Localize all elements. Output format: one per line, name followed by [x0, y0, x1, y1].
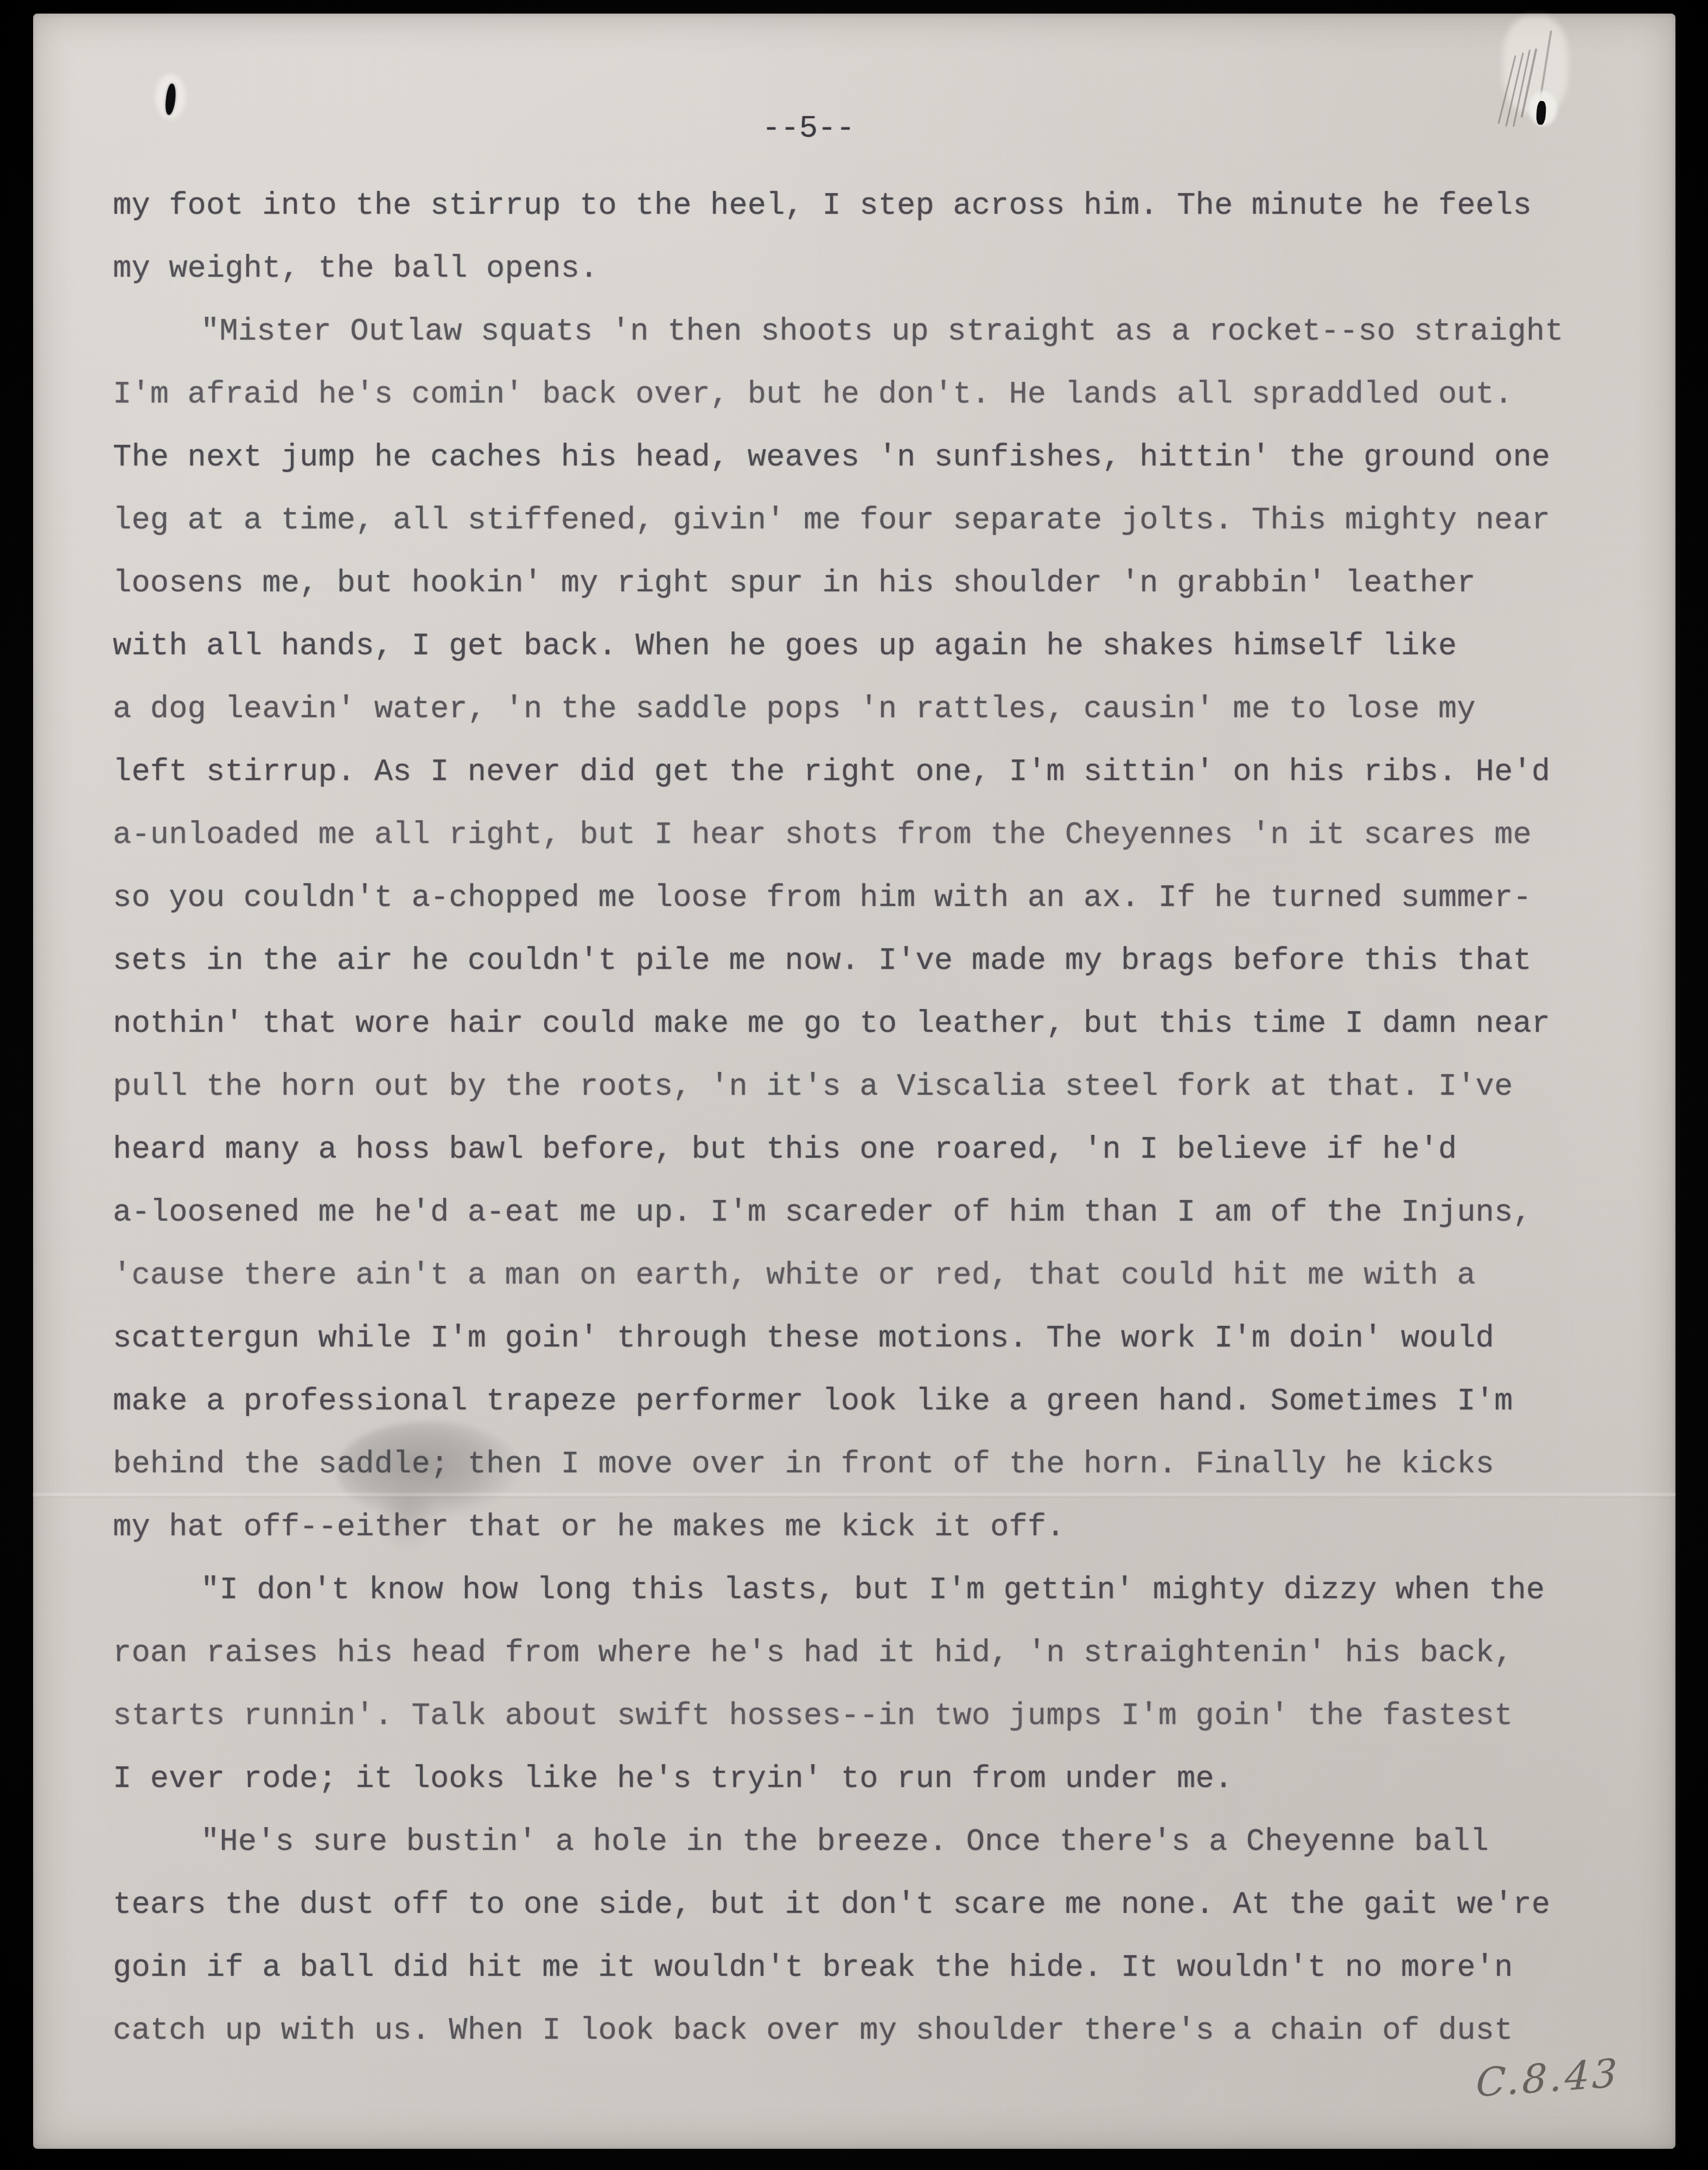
typed-line: sets in the air he couldn't pile me now.… — [113, 930, 1589, 993]
typed-line: my foot into the stirrup to the heel, I … — [113, 175, 1589, 238]
typed-text-block: my foot into the stirrup to the heel, I … — [113, 175, 1589, 2063]
typed-line: "Mister Outlaw squats 'n then shoots up … — [113, 301, 1589, 363]
typed-line: my weight, the ball opens. — [113, 238, 1589, 301]
typed-line: starts runnin'. Talk about swift hosses-… — [113, 1685, 1589, 1748]
typed-line: a dog leavin' water, 'n the saddle pops … — [113, 678, 1589, 741]
typed-line: a-loosened me he'd a-eat me up. I'm scar… — [113, 1182, 1589, 1244]
typed-line: goin if a ball did hit me it wouldn't br… — [113, 1937, 1589, 2000]
page-number: --5-- — [722, 98, 895, 161]
typed-line: left stirrup. As I never did get the rig… — [113, 741, 1589, 804]
pencil-scribble-marks — [1487, 22, 1584, 136]
typed-line: I'm afraid he's comin' back over, but he… — [113, 363, 1589, 426]
typed-line: nothin' that wore hair could make me go … — [113, 993, 1589, 1056]
crease-line — [33, 1492, 1675, 1498]
typed-line: pull the horn out by the roots, 'n it's … — [113, 1056, 1589, 1119]
scan-background: --5-- my foot into the stirrup to the he… — [0, 0, 1708, 2170]
typed-line: leg at a time, all stiffened, givin' me … — [113, 489, 1589, 552]
typed-line: "I don't know how long this lasts, but I… — [113, 1559, 1589, 1622]
typed-line: The next jump he caches his head, weaves… — [113, 426, 1589, 489]
typed-line: roan raises his head from where he's had… — [113, 1622, 1589, 1685]
ink-smudge — [336, 1421, 521, 1519]
typed-line: "He's sure bustin' a hole in the breeze.… — [113, 1811, 1589, 1874]
typed-line: heard many a hoss bawl before, but this … — [113, 1119, 1589, 1182]
typed-line: make a professional trapeze performer lo… — [113, 1370, 1589, 1433]
typed-line: I ever rode; it looks like he's tryin' t… — [113, 1748, 1589, 1811]
typed-line: behind the saddle; then I move over in f… — [113, 1433, 1589, 1496]
typed-line: scattergun while I'm goin' through these… — [113, 1307, 1589, 1370]
typed-line: catch up with us. When I look back over … — [113, 2000, 1589, 2063]
typed-line: tears the dust off to one side, but it d… — [113, 1874, 1589, 1937]
typed-line: a-unloaded me all right, but I hear shot… — [113, 804, 1589, 867]
typed-line: loosens me, but hookin' my right spur in… — [113, 552, 1589, 615]
typed-line: with all hands, I get back. When he goes… — [113, 615, 1589, 678]
typed-line: 'cause there ain't a man on earth, white… — [113, 1244, 1589, 1307]
paper-tear-mark — [158, 76, 191, 125]
typed-line: my hat off--either that or he makes me k… — [113, 1496, 1589, 1559]
typed-line: so you couldn't a-chopped me loose from … — [113, 867, 1589, 930]
